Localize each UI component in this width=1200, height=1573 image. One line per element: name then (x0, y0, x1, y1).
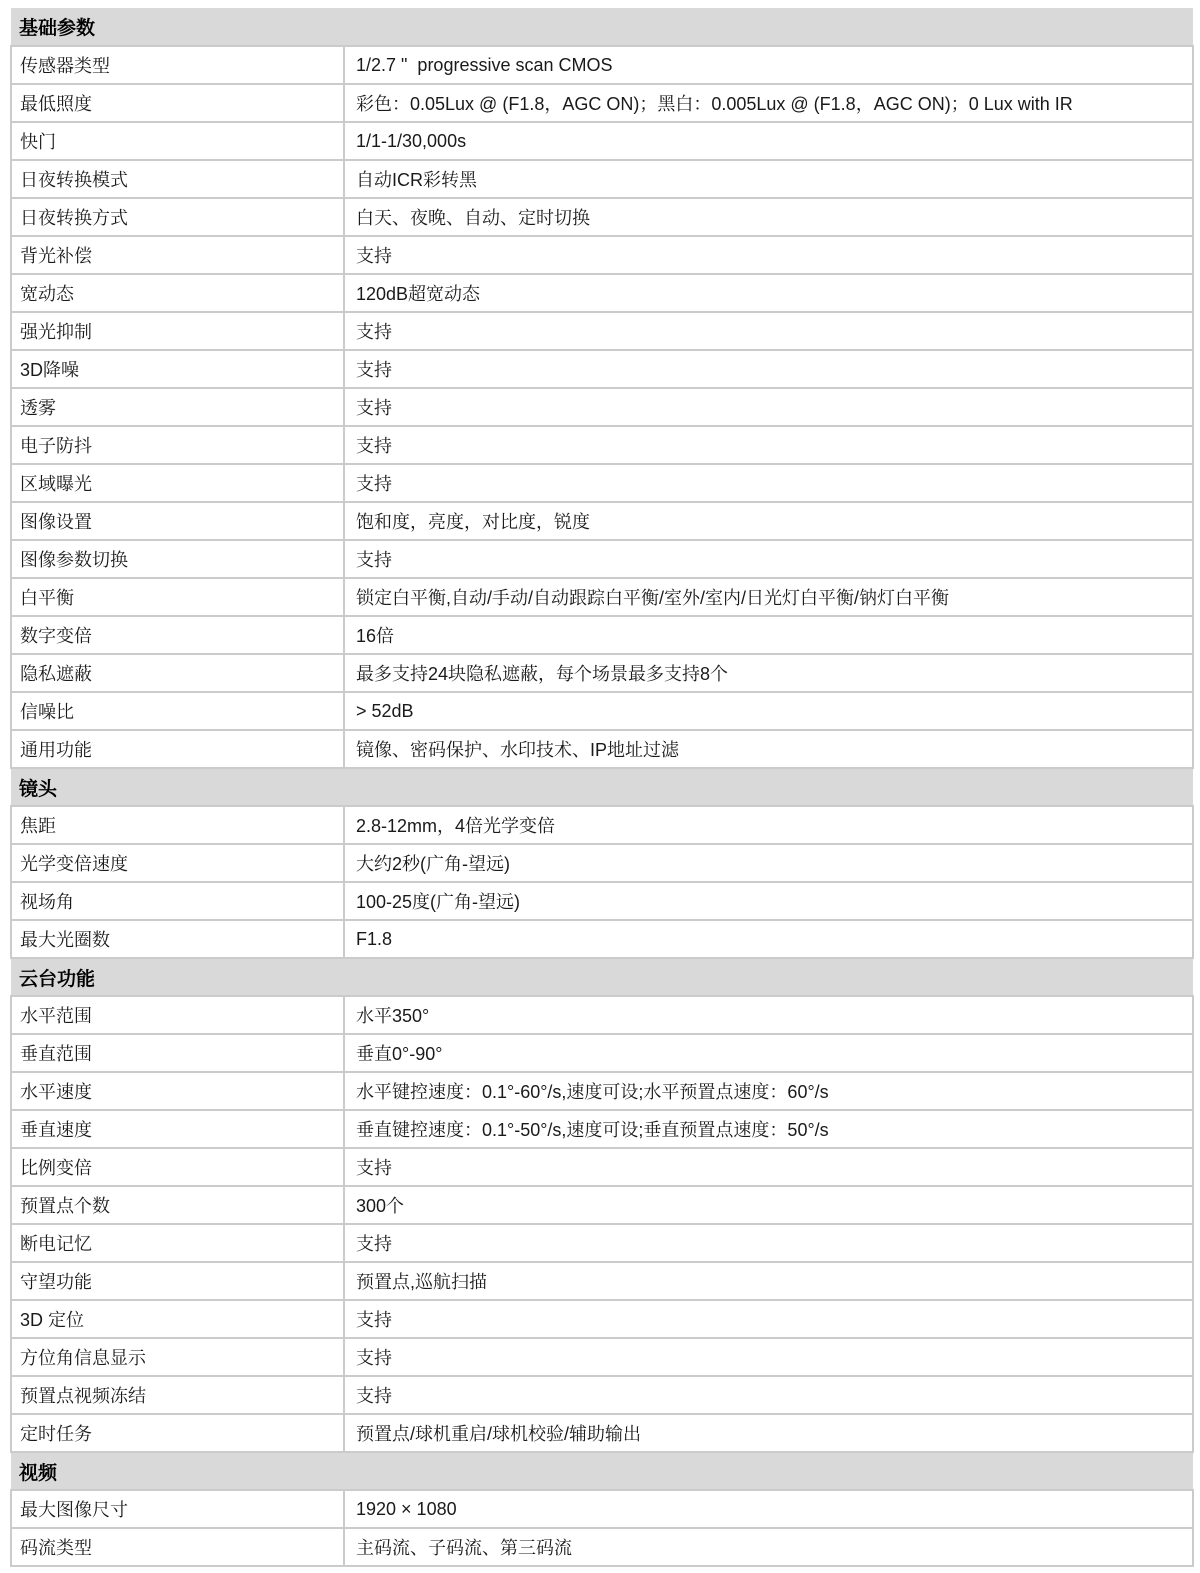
table-row: 3D降噪支持 (11, 350, 1193, 388)
section-title: 镜头 (11, 768, 1193, 806)
table-row: 预置点个数300个 (11, 1186, 1193, 1224)
table-row: 最大光圈数F1.8 (11, 920, 1193, 958)
spec-value: 120dB超宽动态 (344, 274, 1193, 312)
spec-value: 饱和度，亮度，对比度，锐度 (344, 502, 1193, 540)
spec-label: 断电记忆 (11, 1224, 344, 1262)
spec-label: 强光抑制 (11, 312, 344, 350)
table-row: 图像设置饱和度，亮度，对比度，锐度 (11, 502, 1193, 540)
table-row: 透雾支持 (11, 388, 1193, 426)
spec-label: 水平范围 (11, 996, 344, 1034)
table-row: 光学变倍速度大约2秒(广角-望远) (11, 844, 1193, 882)
spec-value: 支持 (344, 388, 1193, 426)
table-row: 快门1/1-1/30,000s (11, 122, 1193, 160)
table-row: 水平范围水平350° (11, 996, 1193, 1034)
spec-value: > 52dB (344, 692, 1193, 730)
table-row: 背光补偿支持 (11, 236, 1193, 274)
spec-label: 区域曝光 (11, 464, 344, 502)
spec-label: 3D 定位 (11, 1300, 344, 1338)
spec-value: 支持 (344, 1376, 1193, 1414)
spec-label: 垂直速度 (11, 1110, 344, 1148)
spec-label: 视场角 (11, 882, 344, 920)
table-row: 区域曝光支持 (11, 464, 1193, 502)
spec-value: 垂直0°-90° (344, 1034, 1193, 1072)
section-title: 基础参数 (11, 8, 1193, 46)
table-row: 最大图像尺寸1920 × 1080 (11, 1490, 1193, 1528)
spec-value: 1/2.7 " progressive scan CMOS (344, 46, 1193, 84)
spec-value: 支持 (344, 350, 1193, 388)
spec-value: 预置点/球机重启/球机校验/辅助输出 (344, 1414, 1193, 1452)
spec-label: 信噪比 (11, 692, 344, 730)
spec-value: 100-25度(广角-望远) (344, 882, 1193, 920)
spec-value: 支持 (344, 236, 1193, 274)
spec-label: 日夜转换方式 (11, 198, 344, 236)
table-row: 方位角信息显示支持 (11, 1338, 1193, 1376)
table-row: 强光抑制支持 (11, 312, 1193, 350)
table-row: 断电记忆支持 (11, 1224, 1193, 1262)
spec-value: 1/1-1/30,000s (344, 122, 1193, 160)
spec-label: 垂直范围 (11, 1034, 344, 1072)
spec-label: 码流类型 (11, 1528, 344, 1566)
spec-label: 隐私遮蔽 (11, 654, 344, 692)
spec-value: 大约2秒(广角-望远) (344, 844, 1193, 882)
spec-sheet-page: 基础参数传感器类型1/2.7 " progressive scan CMOS最低… (0, 0, 1200, 1573)
table-row: 电子防抖支持 (11, 426, 1193, 464)
spec-value: 支持 (344, 1224, 1193, 1262)
spec-label: 预置点视频冻结 (11, 1376, 344, 1414)
table-row: 数字变倍16倍 (11, 616, 1193, 654)
spec-label: 电子防抖 (11, 426, 344, 464)
spec-label: 3D降噪 (11, 350, 344, 388)
spec-value: 水平键控速度：0.1°-60°/s,速度可设;水平预置点速度：60°/s (344, 1072, 1193, 1110)
table-row: 宽动态120dB超宽动态 (11, 274, 1193, 312)
table-row: 守望功能预置点,巡航扫描 (11, 1262, 1193, 1300)
spec-value: 1920 × 1080 (344, 1490, 1193, 1528)
table-row: 比例变倍支持 (11, 1148, 1193, 1186)
spec-value: 16倍 (344, 616, 1193, 654)
table-row: 日夜转换方式白天、夜晚、自动、定时切换 (11, 198, 1193, 236)
table-row: 隐私遮蔽最多支持24块隐私遮蔽，每个场景最多支持8个 (11, 654, 1193, 692)
spec-label: 方位角信息显示 (11, 1338, 344, 1376)
spec-value: 支持 (344, 1338, 1193, 1376)
spec-value: 垂直键控速度：0.1°-50°/s,速度可设;垂直预置点速度：50°/s (344, 1110, 1193, 1148)
spec-value: 预置点,巡航扫描 (344, 1262, 1193, 1300)
table-row: 焦距2.8-12mm，4倍光学变倍 (11, 806, 1193, 844)
spec-label: 焦距 (11, 806, 344, 844)
spec-label: 比例变倍 (11, 1148, 344, 1186)
table-row: 垂直速度垂直键控速度：0.1°-50°/s,速度可设;垂直预置点速度：50°/s (11, 1110, 1193, 1148)
spec-label: 传感器类型 (11, 46, 344, 84)
spec-label: 图像设置 (11, 502, 344, 540)
table-row: 图像参数切换支持 (11, 540, 1193, 578)
section-row: 视频 (11, 1452, 1193, 1490)
spec-table: 基础参数传感器类型1/2.7 " progressive scan CMOS最低… (10, 8, 1194, 1567)
spec-label: 最低照度 (11, 84, 344, 122)
spec-value: 2.8-12mm，4倍光学变倍 (344, 806, 1193, 844)
table-row: 日夜转换模式自动ICR彩转黑 (11, 160, 1193, 198)
spec-label: 光学变倍速度 (11, 844, 344, 882)
table-row: 视场角100-25度(广角-望远) (11, 882, 1193, 920)
spec-label: 快门 (11, 122, 344, 160)
spec-label: 白平衡 (11, 578, 344, 616)
spec-value: 最多支持24块隐私遮蔽，每个场景最多支持8个 (344, 654, 1193, 692)
spec-label: 最大光圈数 (11, 920, 344, 958)
table-row: 白平衡锁定白平衡,自动/手动/自动跟踪白平衡/室外/室内/日光灯白平衡/钠灯白平… (11, 578, 1193, 616)
spec-label: 数字变倍 (11, 616, 344, 654)
spec-table-body: 基础参数传感器类型1/2.7 " progressive scan CMOS最低… (11, 8, 1193, 1566)
spec-value: 水平350° (344, 996, 1193, 1034)
section-title: 视频 (11, 1452, 1193, 1490)
spec-value: 支持 (344, 540, 1193, 578)
spec-label: 定时任务 (11, 1414, 344, 1452)
spec-label: 宽动态 (11, 274, 344, 312)
spec-value: 锁定白平衡,自动/手动/自动跟踪白平衡/室外/室内/日光灯白平衡/钠灯白平衡 (344, 578, 1193, 616)
spec-value: 彩色：0.05Lux @ (F1.8，AGC ON)；黑白：0.005Lux @… (344, 84, 1193, 122)
table-row: 预置点视频冻结支持 (11, 1376, 1193, 1414)
table-row: 传感器类型1/2.7 " progressive scan CMOS (11, 46, 1193, 84)
spec-value: 支持 (344, 464, 1193, 502)
table-row: 垂直范围垂直0°-90° (11, 1034, 1193, 1072)
table-row: 信噪比> 52dB (11, 692, 1193, 730)
table-row: 水平速度水平键控速度：0.1°-60°/s,速度可设;水平预置点速度：60°/s (11, 1072, 1193, 1110)
spec-label: 透雾 (11, 388, 344, 426)
table-row: 码流类型主码流、子码流、第三码流 (11, 1528, 1193, 1566)
section-title: 云台功能 (11, 958, 1193, 996)
table-row: 定时任务预置点/球机重启/球机校验/辅助输出 (11, 1414, 1193, 1452)
spec-value: 镜像、密码保护、水印技术、IP地址过滤 (344, 730, 1193, 768)
spec-label: 日夜转换模式 (11, 160, 344, 198)
spec-value: 支持 (344, 1300, 1193, 1338)
spec-value: 主码流、子码流、第三码流 (344, 1528, 1193, 1566)
table-row: 3D 定位支持 (11, 1300, 1193, 1338)
spec-label: 通用功能 (11, 730, 344, 768)
spec-label: 水平速度 (11, 1072, 344, 1110)
spec-label: 图像参数切换 (11, 540, 344, 578)
spec-value: 支持 (344, 426, 1193, 464)
spec-label: 最大图像尺寸 (11, 1490, 344, 1528)
spec-value: 支持 (344, 1148, 1193, 1186)
spec-label: 背光补偿 (11, 236, 344, 274)
table-row: 通用功能镜像、密码保护、水印技术、IP地址过滤 (11, 730, 1193, 768)
spec-value: F1.8 (344, 920, 1193, 958)
spec-value: 白天、夜晚、自动、定时切换 (344, 198, 1193, 236)
spec-label: 守望功能 (11, 1262, 344, 1300)
spec-label: 预置点个数 (11, 1186, 344, 1224)
section-row: 镜头 (11, 768, 1193, 806)
spec-value: 300个 (344, 1186, 1193, 1224)
table-row: 最低照度彩色：0.05Lux @ (F1.8，AGC ON)；黑白：0.005L… (11, 84, 1193, 122)
section-row: 云台功能 (11, 958, 1193, 996)
spec-value: 自动ICR彩转黑 (344, 160, 1193, 198)
section-row: 基础参数 (11, 8, 1193, 46)
spec-value: 支持 (344, 312, 1193, 350)
